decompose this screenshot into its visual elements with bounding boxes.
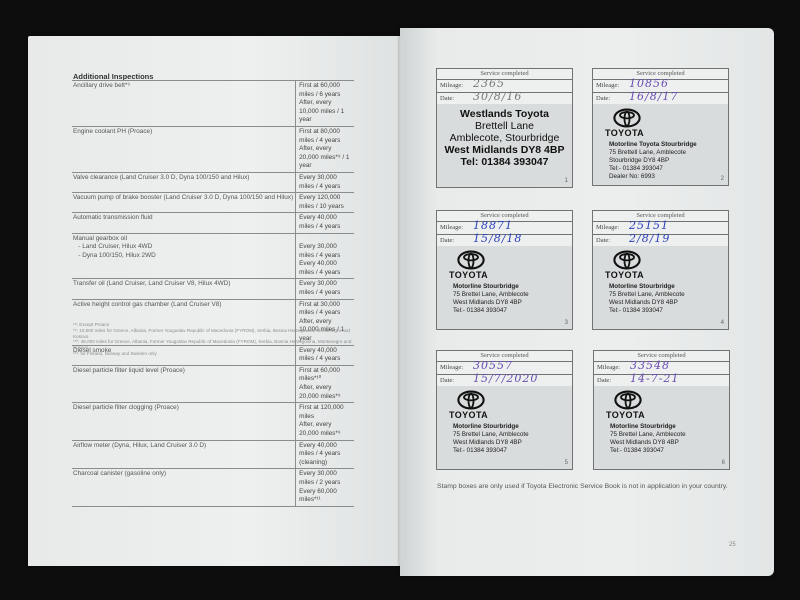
brand-name: TOYOTA <box>605 128 644 138</box>
inspection-interval: Every 40,000 miles / 4 years(cleaning) <box>296 440 354 469</box>
table-row: Transfer oil (Land Cruiser, Land Cruiser… <box>72 279 354 299</box>
mileage-value: 10856 <box>629 78 669 90</box>
inspection-item: Diesel particle filter liquid level (Pro… <box>72 365 296 402</box>
mileage-value: 30557 <box>473 360 513 372</box>
table-row: Manual gearbox oil - Land Cruiser, Hilux… <box>72 233 354 279</box>
stamp-line: West Midlands DY8 4BP <box>441 144 568 156</box>
inspection-interval: Every 30,000 miles / 4 yearsEvery 40,000… <box>296 233 354 279</box>
mileage-label: Mileage: <box>440 82 463 89</box>
toyota-logo-icon <box>457 250 485 270</box>
brand-name: TOYOTA <box>449 410 488 420</box>
table-row: Automatic transmission fluidEvery 40,000… <box>72 213 354 233</box>
stamp-line: Amblecote, Stourbridge <box>441 132 568 144</box>
inspection-interval: First at 120,000 milesAfter, every 20,00… <box>296 403 354 440</box>
mileage-value: 18871 <box>473 220 513 232</box>
box-number: 2 <box>721 176 724 182</box>
footnote: *⁹: 10,000 miles for Greece, Albania, Fo… <box>73 328 355 340</box>
inspection-item: Airflow meter (Dyna, Hilux, Land Cruiser… <box>72 440 296 469</box>
stamp-line: 75 Brettel Lane, Amblecote <box>453 431 529 439</box>
stamp-line: Dealer No: 6993 <box>609 173 697 181</box>
footnotes: *⁸: Except Proace*⁹: 10,000 miles for Gr… <box>73 322 355 357</box>
toyota-logo-icon <box>614 390 642 410</box>
mileage-value: 25151 <box>629 220 669 232</box>
stamp-line: Motorline Stourbridge <box>609 283 685 291</box>
inspection-interval: Every 40,000 miles / 4 years <box>296 213 354 233</box>
inspection-item: Valve clearance (Land Cruiser 3.0 D, Dyn… <box>72 172 296 192</box>
mileage-value: 2365 <box>473 78 505 90</box>
service-box: Service completedMileage:10856Date:16/8/… <box>592 68 729 186</box>
box-number: 5 <box>565 460 568 466</box>
service-box: Service completedMileage:2365Date:30/8/1… <box>436 68 573 188</box>
dealer-stamp: TOYOTAMotorline Toyota Stourbridge75 Bre… <box>593 104 728 185</box>
footnote: *¹¹: for Finland, Norway and Sweden only <box>73 351 355 357</box>
table-row: Valve clearance (Land Cruiser 3.0 D, Dyn… <box>72 172 354 192</box>
stamp-line: West Midlands DY8 4BP <box>610 439 686 447</box>
service-box: Service completedMileage:33548Date:14-7-… <box>593 350 730 470</box>
inspection-interval: Every 30,000 miles / 4 years <box>296 172 354 192</box>
dealer-stamp: TOYOTAMotorline Stourbridge75 Brettel La… <box>437 246 572 329</box>
service-box: Service completedMileage:25151Date:2/8/1… <box>592 210 729 330</box>
stamp-line: 75 Brettel Lane, Amblecote <box>453 291 529 299</box>
inspection-item: Ancillary drive belt*⁹ <box>72 81 296 127</box>
inspections-table: Ancillary drive belt*⁹First at 60,000 mi… <box>72 80 354 507</box>
stamp-line: Tel:- 01384 393047 <box>453 447 529 455</box>
stamp-line: Tel:- 01384 393047 <box>610 447 686 455</box>
date-label: Date: <box>596 237 610 244</box>
table-row: Diesel particle filter clogging (Proace)… <box>72 403 354 440</box>
date-label: Date: <box>597 377 611 384</box>
date-value: 15/7/2020 <box>473 373 538 385</box>
inspection-item: Charcoal canister (gasoline only) <box>72 469 296 506</box>
stamp-line: 75 Brettel Lane, Amblecote <box>609 291 685 299</box>
toyota-logo-icon <box>613 108 641 128</box>
inspection-interval: First at 60,000 miles*¹⁰After, every 20,… <box>296 365 354 402</box>
stamp-line: 75 Brettell Lane, Amblecote <box>609 149 697 157</box>
footnote: *¹⁰: 48,000 miles for Greece, Albania, F… <box>73 339 355 351</box>
date-label: Date: <box>440 377 454 384</box>
inspection-interval: Every 30,000 miles / 2 yearsEvery 60,000… <box>296 469 354 506</box>
dealer-stamp: TOYOTAMotorline Stourbridge75 Brettel La… <box>437 386 572 469</box>
date-label: Date: <box>440 237 454 244</box>
stamp-line: West Midlands DY8 4BP <box>453 439 529 447</box>
stamp-line: 75 Brettel Lane, Amblecote <box>610 431 686 439</box>
service-box: Service completedMileage:18871Date:15/8/… <box>436 210 573 330</box>
table-row: Airflow meter (Dyna, Hilux, Land Cruiser… <box>72 440 354 469</box>
brand-name: TOYOTA <box>606 410 645 420</box>
table-row: Engine coolant PH (Proace)First at 80,00… <box>72 126 354 172</box>
dealer-stamp: TOYOTAMotorline Stourbridge75 Brettel La… <box>594 386 729 469</box>
stamp-line: Motorline Toyota Stourbridge <box>609 141 697 149</box>
inspection-interval: Every 30,000 miles / 4 years <box>296 279 354 299</box>
toyota-logo-icon <box>613 250 641 270</box>
inspection-interval: First at 60,000 miles / 6 yearsAfter, ev… <box>296 81 354 127</box>
stamp-line: Tel:- 01384 393047 <box>453 307 529 315</box>
service-box: Service completedMileage:30557Date:15/7/… <box>436 350 573 470</box>
stamp-line: Brettell Lane <box>441 120 568 132</box>
page-number: 25 <box>729 542 736 548</box>
date-value: 2/8/19 <box>629 233 670 245</box>
stamp-line: Stourbridge DY8 4BP <box>609 157 697 165</box>
mileage-label: Mileage: <box>440 224 463 231</box>
brand-name: TOYOTA <box>605 270 644 280</box>
stamp-line: Motorline Stourbridge <box>610 423 686 431</box>
stamp-line: Westlands Toyota <box>441 108 568 120</box>
mileage-label: Mileage: <box>597 364 620 371</box>
stamp-line: Tel: 01384 393047 <box>441 156 568 168</box>
inspection-item: Engine coolant PH (Proace) <box>72 126 296 172</box>
dealer-stamp: TOYOTAMotorline Stourbridge75 Brettel La… <box>593 246 728 329</box>
inspection-item: Transfer oil (Land Cruiser, Land Cruiser… <box>72 279 296 299</box>
brand-name: TOYOTA <box>449 270 488 280</box>
box-number: 1 <box>565 178 568 184</box>
box-number: 4 <box>721 320 724 326</box>
inspection-item: Manual gearbox oil - Land Cruiser, Hilux… <box>72 233 296 279</box>
toyota-logo-icon <box>457 390 485 410</box>
table-row: Vacuum pump of brake booster (Land Cruis… <box>72 193 354 213</box>
stamp-line: West Midlands DY8 4BP <box>609 299 685 307</box>
mileage-label: Mileage: <box>596 224 619 231</box>
box-number: 3 <box>565 320 568 326</box>
table-row: Charcoal canister (gasoline only)Every 3… <box>72 469 354 506</box>
date-value: 15/8/18 <box>473 233 522 245</box>
stamp-line: Motorline Stourbridge <box>453 423 529 431</box>
stamp-note: Stamp boxes are only used if Toyota Elec… <box>437 482 737 491</box>
stamp-line: Motorline Stourbridge <box>453 283 529 291</box>
mileage-value: 33548 <box>630 360 670 372</box>
box-number: 6 <box>722 460 725 466</box>
date-value: 14-7-21 <box>630 373 679 385</box>
date-value: 16/8/17 <box>629 91 678 103</box>
stamp-line: Tel:- 01384 393047 <box>609 165 697 173</box>
inspection-item: Vacuum pump of brake booster (Land Cruis… <box>72 193 296 213</box>
mileage-label: Mileage: <box>440 364 463 371</box>
inspection-item: Diesel particle filter clogging (Proace) <box>72 403 296 440</box>
stamp-line: West Midlands DY8 4BP <box>453 299 529 307</box>
table-row: Diesel particle filter liquid level (Pro… <box>72 365 354 402</box>
inspection-item: Automatic transmission fluid <box>72 213 296 233</box>
date-label: Date: <box>440 95 454 102</box>
dealer-stamp: Westlands ToyotaBrettell LaneAmblecote, … <box>437 104 572 187</box>
table-row: Ancillary drive belt*⁹First at 60,000 mi… <box>72 81 354 127</box>
inspection-interval: First at 80,000 miles / 4 yearsAfter, ev… <box>296 126 354 172</box>
inspection-interval: Every 120,000 miles / 10 years <box>296 193 354 213</box>
date-value: 30/8/16 <box>473 91 522 103</box>
mileage-label: Mileage: <box>596 82 619 89</box>
stamp-line: Tel:- 01384 393047 <box>609 307 685 315</box>
date-label: Date: <box>596 95 610 102</box>
book-spine <box>398 36 402 564</box>
